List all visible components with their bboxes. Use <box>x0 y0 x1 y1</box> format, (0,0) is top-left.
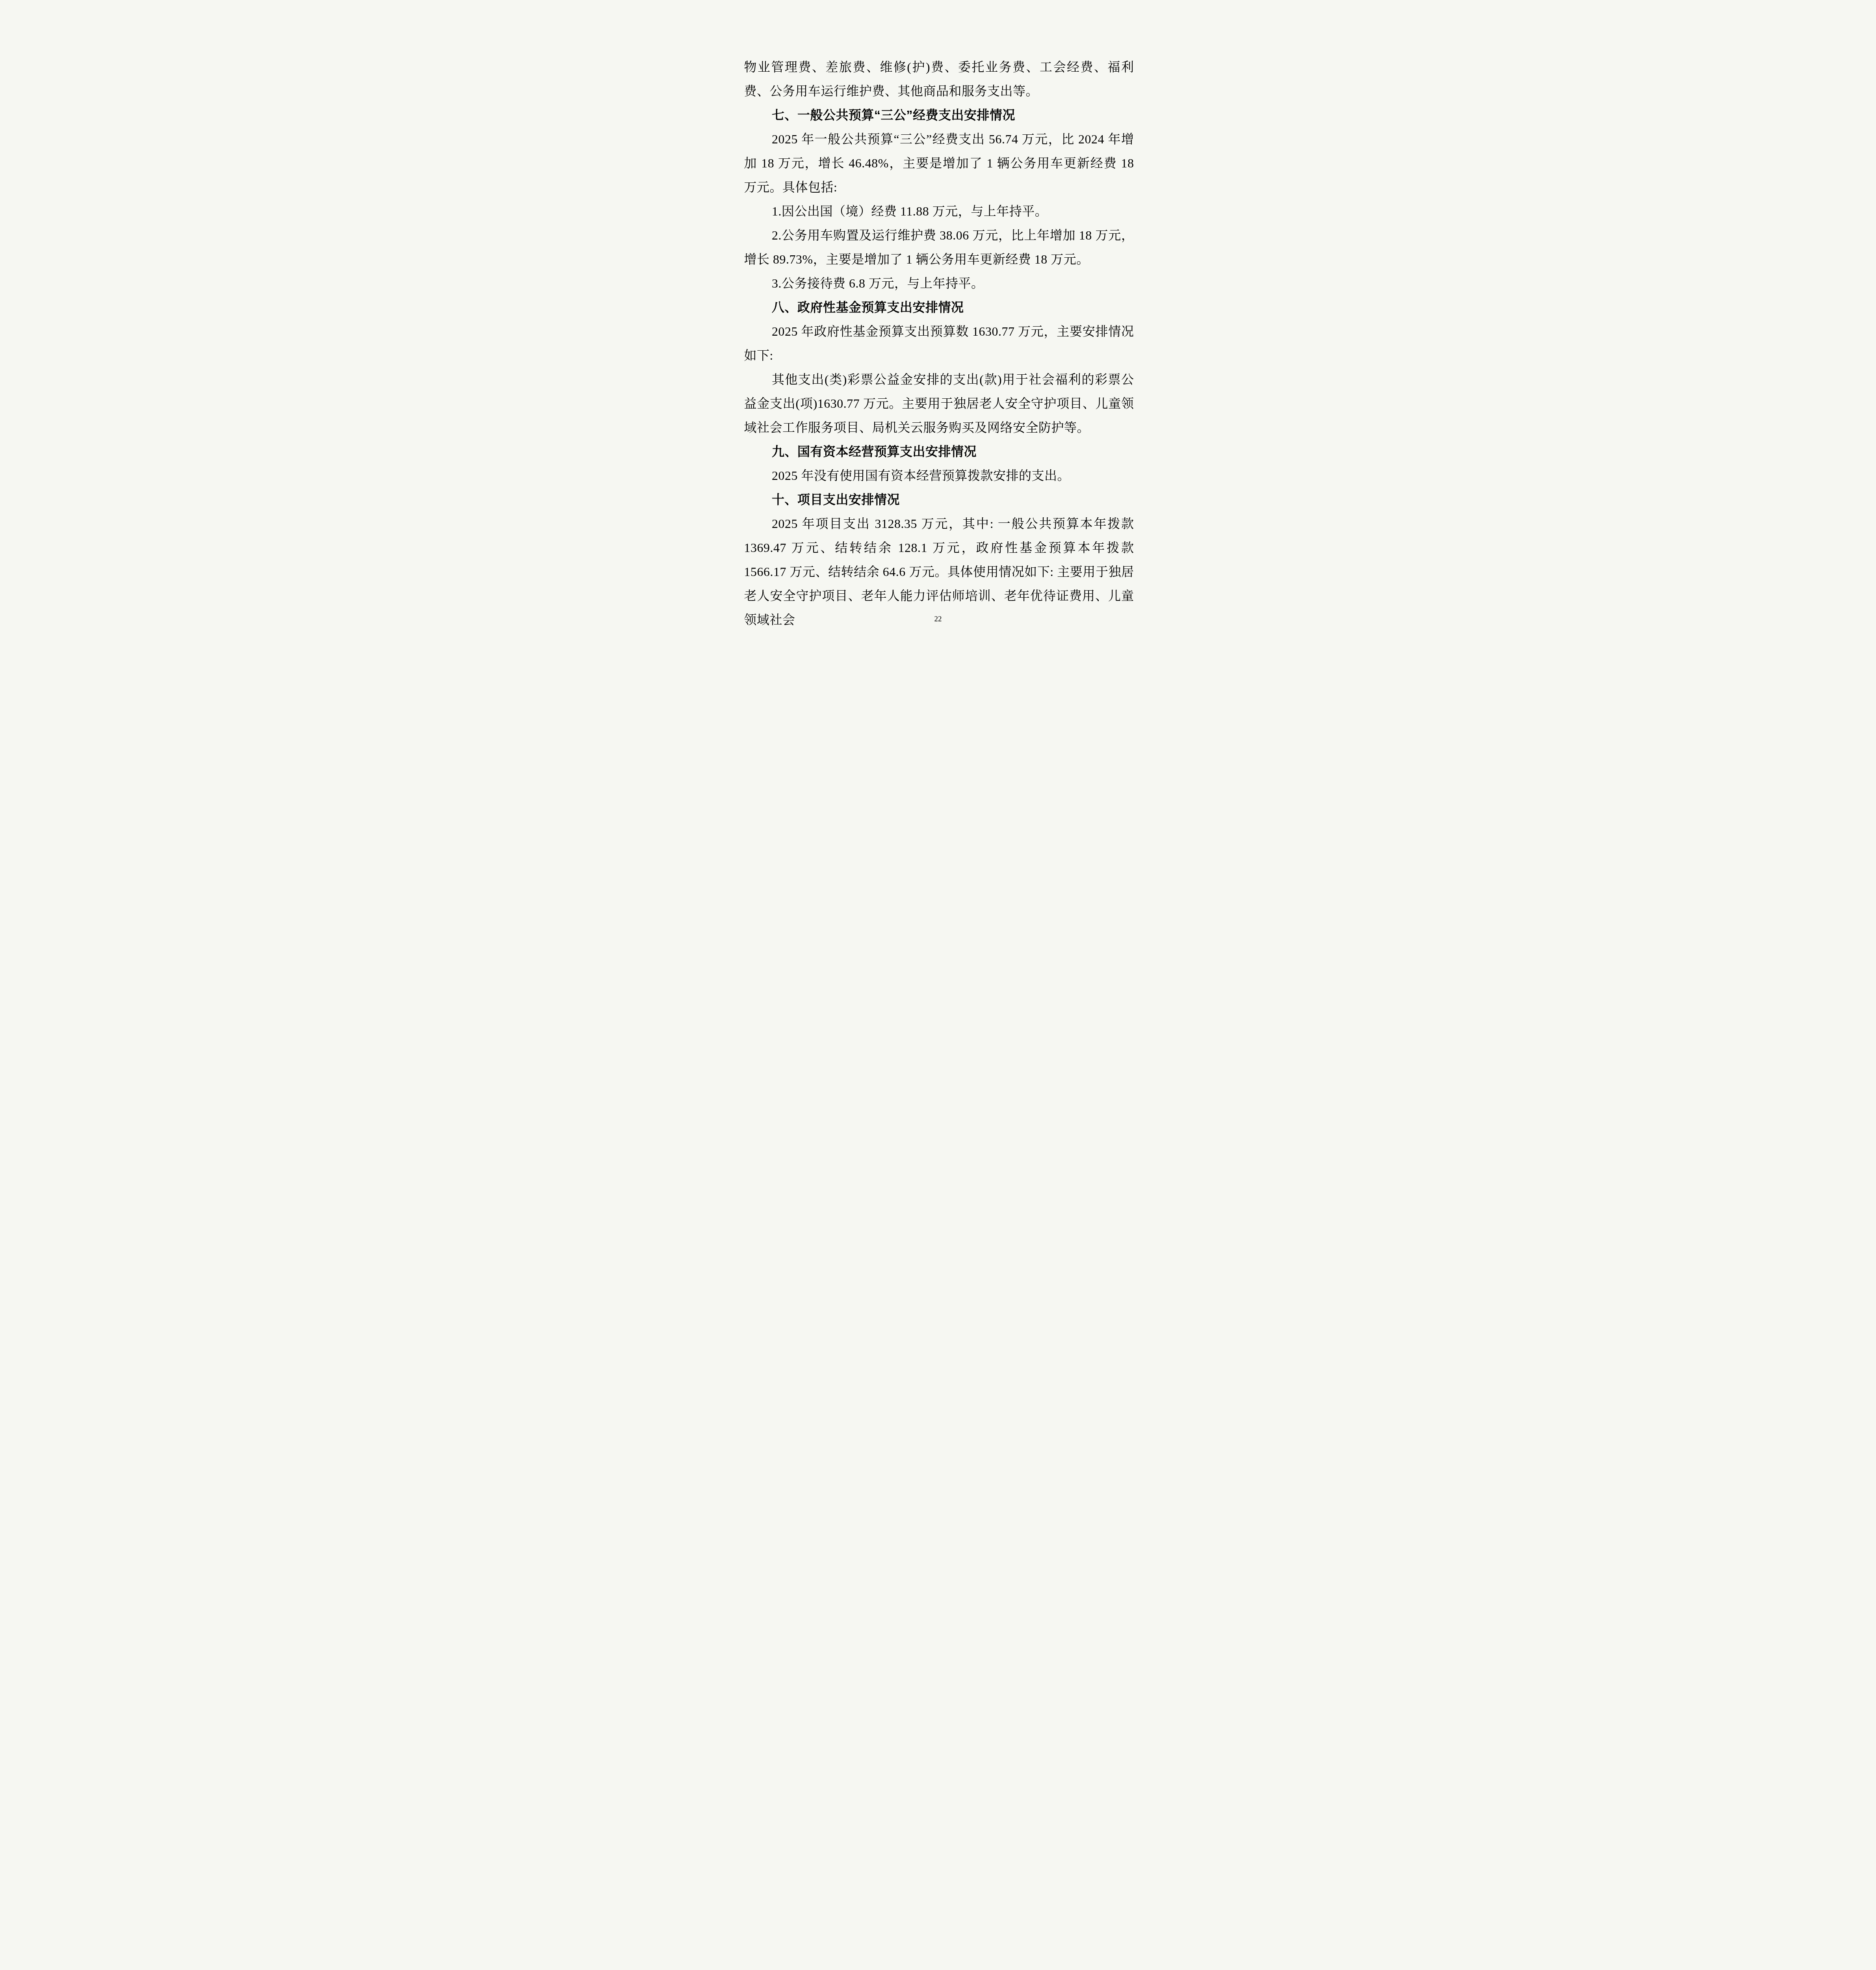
body-paragraph: 1.因公出国（境）经费 11.88 万元，与上年持平。 <box>744 199 1134 223</box>
page-number: 22 <box>704 615 1173 624</box>
section-heading: 十、项目支出安排情况 <box>744 488 1134 512</box>
body-paragraph: 2.公务用车购置及运行维护费 38.06 万元，比上年增加 18 万元，增长 8… <box>744 223 1134 271</box>
document-body: 物业管理费、差旅费、维修(护)费、委托业务费、工会经费、福利费、公务用车运行维护… <box>744 55 1134 632</box>
section-heading: 九、国有资本经营预算支出安排情况 <box>744 440 1134 464</box>
body-paragraph: 2025 年一般公共预算“三公”经费支出 56.74 万元，比 2024 年增加… <box>744 127 1134 199</box>
document-page: 物业管理费、差旅费、维修(护)费、委托业务费、工会经费、福利费、公务用车运行维护… <box>704 0 1173 663</box>
body-paragraph: 物业管理费、差旅费、维修(护)费、委托业务费、工会经费、福利费、公务用车运行维护… <box>744 55 1134 103</box>
body-paragraph: 其他支出(类)彩票公益金安排的支出(款)用于社会福利的彩票公益金支出(项)163… <box>744 368 1134 440</box>
body-paragraph: 3.公务接待费 6.8 万元，与上年持平。 <box>744 271 1134 295</box>
section-heading: 八、政府性基金预算支出安排情况 <box>744 295 1134 320</box>
body-paragraph: 2025 年没有使用国有资本经营预算拨款安排的支出。 <box>744 464 1134 488</box>
body-paragraph: 2025 年政府性基金预算支出预算数 1630.77 万元，主要安排情况如下: <box>744 320 1134 368</box>
section-heading: 七、一般公共预算“三公”经费支出安排情况 <box>744 103 1134 127</box>
body-paragraph: 2025 年项目支出 3128.35 万元，其中: 一般公共预算本年拨款 136… <box>744 512 1134 632</box>
